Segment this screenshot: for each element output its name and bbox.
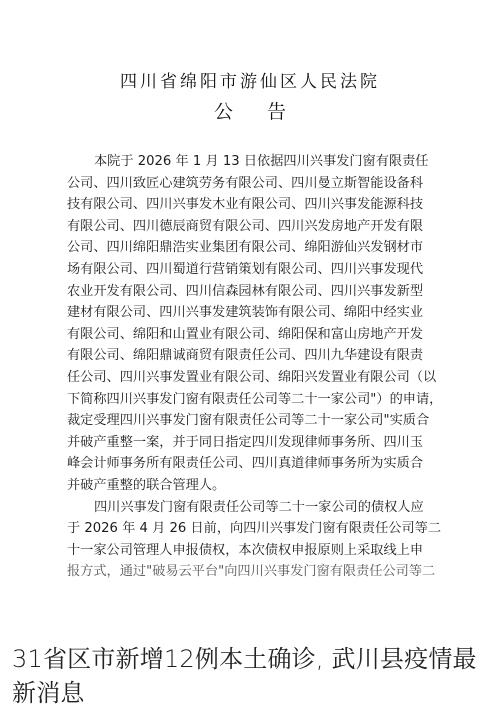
text-line: 裁定受理四川兴事发门窗有限责任公司等二十一家公司"实质合 bbox=[67, 410, 447, 432]
notice-body: 本院于 2026 年 1 月 13 日依据四川兴事发门窗有限责任 公司、四川致匠… bbox=[67, 151, 447, 583]
text-line: 下简称四川兴事发门窗有限责任公司等二十一家公司"）的申请， bbox=[67, 389, 447, 411]
text-line: 十一家公司管理人申报债权，本次债权申报原则上采取线上申 bbox=[67, 540, 447, 562]
text-line: 有限公司、绵阳鼎诚商贸有限责任公司、四川九华建设有限责 bbox=[67, 345, 447, 367]
paragraph-1: 本院于 2026 年 1 月 13 日依据四川兴事发门窗有限责任 公司、四川致匠… bbox=[67, 151, 447, 497]
text-line: 并破产重整的联合管理人。 bbox=[67, 475, 447, 497]
text-line: 峰会计师事务所有限责任公司、四川真道律师事务所为实质合 bbox=[67, 453, 447, 475]
text-line: 农业开发有限公司、四川信森园林有限公司、四川兴事发新型 bbox=[67, 281, 447, 303]
headline-caption: 31省区市新增12例本土确诊, 武川县疫情最新消息 bbox=[12, 642, 500, 707]
text-line: 本院于 2026 年 1 月 13 日依据四川兴事发门窗有限责任 bbox=[67, 151, 447, 173]
text-line: 四川兴事发门窗有限责任公司等二十一家公司的债权人应 bbox=[67, 497, 447, 519]
text-line: 公司、四川致匠心建筑劳务有限公司、四川曼立斯智能设备科 bbox=[67, 173, 447, 195]
text-line: 任公司、四川兴事发置业有限公司、绵阳兴发置业有限公司（以 bbox=[67, 367, 447, 389]
text-line: 场有限公司、四川蜀道行营销策划有限公司、四川兴事发现代 bbox=[67, 259, 447, 281]
text-line: 报方式，通过"破易云平台"向四川兴事发门窗有限责任公司等二 bbox=[67, 561, 447, 583]
text-line: 公司、四川绵阳鼎浩实业集团有限公司、绵阳游仙兴发钢材市 bbox=[67, 237, 447, 259]
text-line: 有限公司、绵阳和山置业有限公司、绵阳保和富山房地产开发 bbox=[67, 324, 447, 346]
court-name: 四川省绵阳市游仙区人民法院 bbox=[0, 72, 500, 92]
text-line: 于 2026 年 4 月 26 日前，向四川兴事发门窗有限责任公司等二 bbox=[67, 518, 447, 540]
paragraph-2: 四川兴事发门窗有限责任公司等二十一家公司的债权人应 于 2026 年 4 月 2… bbox=[67, 497, 447, 583]
text-line: 并破产重整一案，并于同日指定四川发现律师事务所、四川玉 bbox=[67, 432, 447, 454]
text-line: 建材有限公司、四川兴事发建筑装饰有限公司、绵阳中经实业 bbox=[67, 302, 447, 324]
text-line: 有限公司、四川德辰商贸有限公司、四川兴发房地产开发有限 bbox=[67, 216, 447, 238]
court-notice-document: 四川省绵阳市游仙区人民法院 公 告 本院于 2026 年 1 月 13 日依据四… bbox=[0, 0, 500, 707]
notice-title: 公 告 bbox=[0, 101, 500, 123]
text-line: 技有限公司、四川兴事发木业有限公司、四川兴事发能源科技 bbox=[67, 194, 447, 216]
